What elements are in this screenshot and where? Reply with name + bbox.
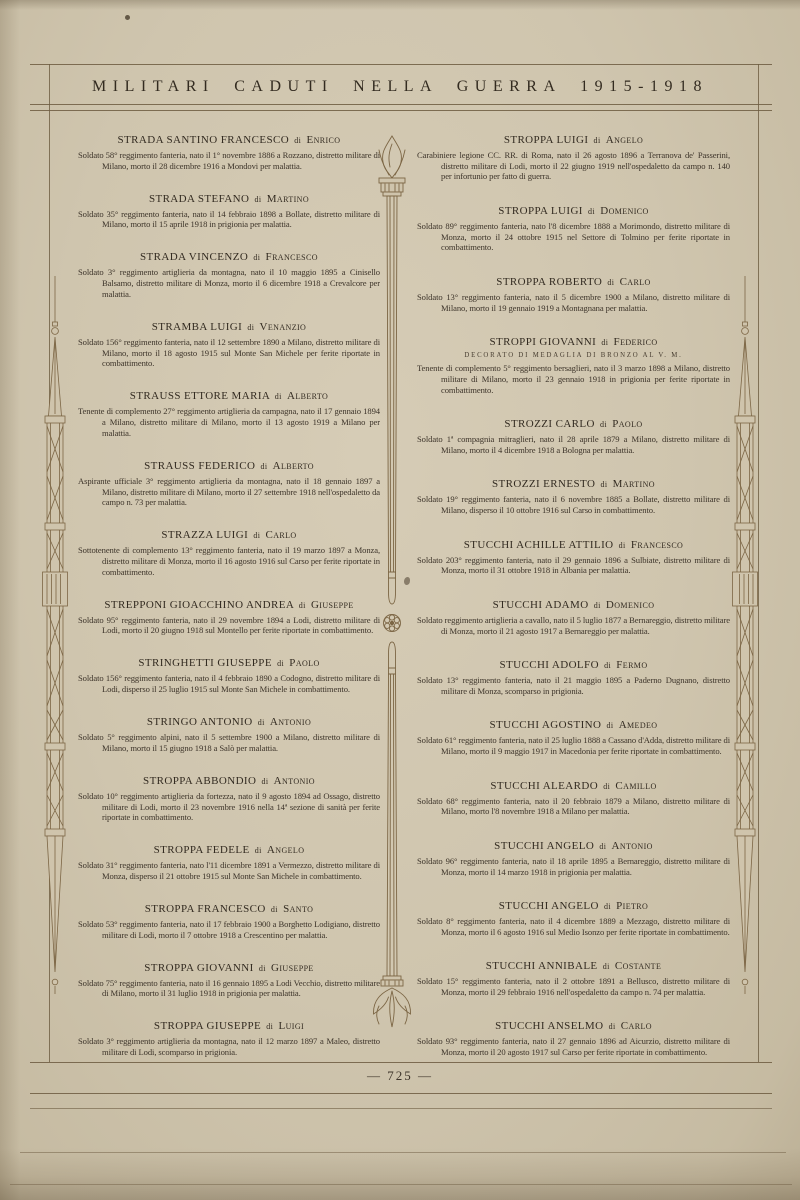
father-name: Domenico — [600, 205, 648, 217]
father-name: Costante — [615, 960, 661, 972]
soldier-name-heading: STUCCHI ADOLFO di Fermo — [417, 659, 730, 671]
soldier-record: Soldato 3° reggimento artiglieria da mon… — [78, 267, 380, 299]
frame-rule-top — [30, 64, 772, 65]
soldier-name: STUCCHI ANGELO — [494, 840, 594, 852]
soldier-entry: STRADA STEFANO di Martino Soldato 35° re… — [78, 193, 380, 230]
father-name: Paolo — [289, 657, 319, 669]
father-name: Angelo — [606, 134, 643, 146]
soldier-name: STRAUSS ETTORE MARIA — [130, 390, 270, 402]
soldier-entry: STRADA VINCENZO di Francesco Soldato 3° … — [78, 251, 380, 299]
soldier-name-heading: STROZZI CARLO di Paolo — [417, 418, 730, 430]
soldier-name-heading: STUCCHI ACHILLE ATTILIO di Francesco — [417, 539, 730, 551]
soldier-name: STROPPI GIOVANNI — [489, 336, 596, 348]
soldier-name-heading: STRAUSS FEDERICO di Alberto — [78, 460, 380, 472]
connector-di: di — [259, 964, 266, 973]
soldier-name-heading: STUCCHI ADAMO di Domenico — [417, 599, 730, 611]
connector-di: di — [607, 721, 614, 730]
connector-di: di — [594, 601, 601, 610]
father-name: Alberto — [273, 460, 314, 472]
father-name: Enrico — [306, 134, 340, 146]
soldier-name: STRADA VINCENZO — [140, 251, 248, 263]
father-name: Antonio — [274, 775, 315, 787]
soldier-record: Soldato 8° reggimento fanteria, nato il … — [417, 916, 730, 937]
connector-di: di — [619, 541, 626, 550]
soldier-entry: STUCCHI ADAMO di Domenico Soldato reggim… — [417, 599, 730, 636]
soldier-entry: STROPPA FEDELE di Angelo Soldato 31° reg… — [78, 844, 380, 881]
soldier-name: STUCCHI ADAMO — [493, 599, 589, 611]
father-name: Antonio — [270, 716, 311, 728]
soldier-record: Tenente di complemento 27° reggimento ar… — [78, 406, 380, 438]
footer-rule-bottom — [30, 1093, 772, 1094]
soldier-name-heading: STROPPA LUIGI di Angelo — [417, 134, 730, 146]
soldier-name-heading: STROPPA GIUSEPPE di Luigi — [78, 1020, 380, 1032]
soldier-name: STROZZI CARLO — [504, 418, 594, 430]
soldier-record: Soldato reggimento artiglieria a cavallo… — [417, 615, 730, 636]
soldier-record: Soldato 5° reggimento alpini, nato il 5 … — [78, 732, 380, 753]
connector-di: di — [266, 1022, 273, 1031]
soldier-record: Soldato 3° reggimento artiglieria da mon… — [78, 1036, 380, 1057]
soldier-entry: STUCCHI ANGELO di Antonio Soldato 96° re… — [417, 840, 730, 877]
soldier-name-heading: STROZZI ERNESTO di Martino — [417, 478, 730, 490]
father-name: Paolo — [612, 418, 642, 430]
father-name: Angelo — [267, 844, 304, 856]
soldier-name: STROZZI ERNESTO — [492, 478, 595, 490]
soldier-record: Soldato 53° reggimento fanteria, nato il… — [78, 919, 380, 940]
soldier-entry: STRINGHETTI GIUSEPPE di Paolo Soldato 15… — [78, 657, 380, 694]
soldier-name-heading: STROPPA FRANCESCO di Santo — [78, 903, 380, 915]
soldier-record: Soldato 75° reggimento fanteria, nato il… — [78, 978, 380, 999]
soldier-name-heading: STREPPONI GIOACCHINO ANDREA di Giuseppe — [78, 599, 380, 611]
soldier-entry: STUCCHI ACHILLE ATTILIO di Francesco Sol… — [417, 539, 730, 576]
father-name: Luigi — [278, 1020, 304, 1032]
father-name: Francesco — [266, 251, 318, 263]
soldier-name: STUCCHI ADOLFO — [500, 659, 599, 671]
soldier-entry: STROPPI GIOVANNI di Federico DECORATO DI… — [417, 336, 730, 395]
soldier-name-heading: STUCCHI ANSELMO di Carlo — [417, 1020, 730, 1032]
father-name: Venanzio — [260, 321, 307, 333]
connector-di: di — [253, 253, 260, 262]
soldier-name-heading: STROPPA LUIGI di Domenico — [417, 205, 730, 217]
connector-di: di — [607, 278, 614, 287]
soldier-record: Soldato 89° reggimento fanteria, nato l'… — [417, 221, 730, 253]
father-name: Federico — [614, 336, 658, 348]
soldier-entry: STRAZZA LUIGI di Carlo Sottotenente di c… — [78, 529, 380, 577]
connector-di: di — [609, 1022, 616, 1031]
connector-di: di — [275, 392, 282, 401]
soldier-record: Soldato 68° reggimento fanteria, nato il… — [417, 796, 730, 817]
soldier-entry: STUCCHI ADOLFO di Fermo Soldato 13° regg… — [417, 659, 730, 696]
soldier-name: STRAMBA LUIGI — [152, 321, 242, 333]
connector-di: di — [594, 136, 601, 145]
connector-di: di — [603, 782, 610, 791]
connector-di: di — [294, 136, 301, 145]
honor-line: DECORATO DI MEDAGLIA DI BRONZO AL V. M. — [417, 352, 730, 359]
father-name: Carlo — [621, 1020, 652, 1032]
soldier-entry: STREPPONI GIOACCHINO ANDREA di Giuseppe … — [78, 599, 380, 636]
soldier-entry: STUCCHI ANSELMO di Carlo Soldato 93° reg… — [417, 1020, 730, 1057]
father-name: Alberto — [287, 390, 328, 402]
soldier-name: STRADA STEFANO — [149, 193, 249, 205]
soldier-entry: STROZZI CARLO di Paolo Soldato 1ª compag… — [417, 418, 730, 455]
soldier-entry: STROPPA LUIGI di Angelo Carabiniere legi… — [417, 134, 730, 182]
soldier-record: Soldato 13° reggimento fanteria, nato il… — [417, 292, 730, 313]
connector-di: di — [261, 777, 268, 786]
father-name: Amedeo — [619, 719, 658, 731]
connector-di: di — [604, 661, 611, 670]
soldier-record: Carabiniere legione CC. RR. di Roma, nat… — [417, 150, 730, 182]
soldier-record: Soldato 1ª compagnia mitraglieri, nato i… — [417, 434, 730, 455]
connector-di: di — [253, 531, 260, 540]
connector-di: di — [600, 420, 607, 429]
soldier-entry: STUCCHI ANNIBALE di Costante Soldato 15°… — [417, 960, 730, 997]
scan-shadow-bottom — [0, 1148, 800, 1200]
soldier-name: STRAZZA LUIGI — [161, 529, 248, 541]
soldier-entry: STUCCHI ALEARDO di Camillo Soldato 68° r… — [417, 780, 730, 817]
father-name: Santo — [283, 903, 313, 915]
soldier-entry: STROZZI ERNESTO di Martino Soldato 19° r… — [417, 478, 730, 515]
soldier-entry: STROPPA LUIGI di Domenico Soldato 89° re… — [417, 205, 730, 253]
soldier-name: STUCCHI ANNIBALE — [486, 960, 598, 972]
soldier-name: STROPPA GIUSEPPE — [154, 1020, 261, 1032]
soldier-name-heading: STUCCHI ANNIBALE di Costante — [417, 960, 730, 972]
father-name: Antonio — [612, 840, 653, 852]
soldier-name: STUCCHI ALEARDO — [490, 780, 598, 792]
soldier-entry: STRADA SANTINO FRANCESCO di Enrico Solda… — [78, 134, 380, 171]
soldier-record: Soldato 31° reggimento fanteria, nato l'… — [78, 860, 380, 881]
connector-di: di — [604, 902, 611, 911]
flame-icon — [379, 136, 405, 178]
page-number: — 725 — — [0, 1068, 800, 1084]
lattice-pole-left-icon — [41, 276, 69, 1006]
soldier-name: STROPPA GIOVANNI — [144, 962, 253, 974]
father-name: Camillo — [615, 780, 656, 792]
soldier-name-heading: STROPPA ROBERTO di Carlo — [417, 276, 730, 288]
soldier-name-heading: STUCCHI ANGELO di Antonio — [417, 840, 730, 852]
soldier-entry: STRAUSS ETTORE MARIA di Alberto Tenente … — [78, 390, 380, 438]
soldier-name: STROPPA FRANCESCO — [145, 903, 266, 915]
soldier-entry: STRAUSS FEDERICO di Alberto Aspirante uf… — [78, 460, 380, 508]
soldier-name-heading: STRINGO ANTONIO di Antonio — [78, 716, 380, 728]
soldier-name-heading: STROPPA FEDELE di Angelo — [78, 844, 380, 856]
soldier-entry: STROPPA ABBONDIO di Antonio Soldato 10° … — [78, 775, 380, 823]
soldier-record: Soldato 96° reggimento fanteria, nato il… — [417, 856, 730, 877]
connector-di: di — [260, 462, 267, 471]
soldier-record: Soldato 19° reggimento fanteria, nato il… — [417, 494, 730, 515]
soldier-name-heading: STRINGHETTI GIUSEPPE di Paolo — [78, 657, 380, 669]
connector-di: di — [255, 846, 262, 855]
connector-di: di — [601, 338, 608, 347]
soldier-record: Soldato 10° reggimento artiglieria da fo… — [78, 791, 380, 823]
connector-di: di — [255, 195, 262, 204]
soldier-record: Soldato 95° reggimento fanteria, nato il… — [78, 615, 380, 636]
father-name: Martino — [613, 478, 655, 490]
soldier-record: Aspirante ufficiale 3° reggimento artigl… — [78, 476, 380, 508]
soldier-name: STUCCHI ANGELO — [499, 900, 599, 912]
soldier-name: STRINGHETTI GIUSEPPE — [138, 657, 272, 669]
footer-rule-top — [30, 1062, 772, 1063]
scan-shadow-left — [0, 0, 20, 1200]
scan-shadow-top — [0, 0, 800, 10]
soldier-record: Soldato 203° reggimento fanteria, nato i… — [417, 555, 730, 576]
father-name: Pietro — [616, 900, 648, 912]
connector-di: di — [277, 659, 284, 668]
soldier-record: Soldato 61° reggimento fanteria, nato il… — [417, 735, 730, 756]
soldier-entry: STROPPA ROBERTO di Carlo Soldato 13° reg… — [417, 276, 730, 313]
soldier-name-heading: STRAMBA LUIGI di Venanzio — [78, 321, 380, 333]
soldier-entry: STUCCHI AGOSTINO di Amedeo Soldato 61° r… — [417, 719, 730, 756]
scan-speck — [125, 15, 130, 20]
father-name: Carlo — [620, 276, 651, 288]
soldier-name: STRAUSS FEDERICO — [144, 460, 255, 472]
soldier-name-heading: STRADA STEFANO di Martino — [78, 193, 380, 205]
page-title: MILITARI CADUTI NELLA GUERRA 1915-1918 — [0, 78, 800, 96]
soldier-name: STRINGO ANTONIO — [147, 716, 253, 728]
soldier-record: Soldato 93° reggimento fanteria, nato il… — [417, 1036, 730, 1057]
connector-di: di — [588, 207, 595, 216]
soldier-entry: STRAMBA LUIGI di Venanzio Soldato 156° r… — [78, 321, 380, 369]
soldier-name: STROPPA LUIGI — [498, 205, 583, 217]
soldier-record: Soldato 156° reggimento fanteria, nato i… — [78, 337, 380, 369]
father-name: Giuseppe — [271, 962, 314, 974]
soldier-name-heading: STROPPA GIOVANNI di Giuseppe — [78, 962, 380, 974]
soldier-record: Soldato 13° reggimento fanteria, nato il… — [417, 675, 730, 696]
soldier-entry: STUCCHI ANGELO di Pietro Soldato 8° regg… — [417, 900, 730, 937]
soldier-entry: STROPPA FRANCESCO di Santo Soldato 53° r… — [78, 903, 380, 940]
connector-di: di — [258, 718, 265, 727]
connector-di: di — [603, 962, 610, 971]
soldier-entry: STROPPA GIUSEPPE di Luigi Soldato 3° reg… — [78, 1020, 380, 1057]
rosette-icon — [384, 615, 401, 632]
torch-column-divider-icon — [370, 134, 414, 1036]
soldier-record: Tenente di complemento 5° reggimento ber… — [417, 363, 730, 395]
soldier-record: Soldato 35° reggimento fanteria, nato il… — [78, 209, 380, 230]
soldier-record: Sottotenente di complemento 13° reggimen… — [78, 545, 380, 577]
soldier-name-heading: STUCCHI ALEARDO di Camillo — [417, 780, 730, 792]
column-right: STROPPA LUIGI di Angelo Carabiniere legi… — [417, 134, 730, 1058]
frame-rule-under-title-2 — [30, 110, 772, 111]
father-name: Carlo — [266, 529, 297, 541]
soldier-name-heading: STRADA SANTINO FRANCESCO di Enrico — [78, 134, 380, 146]
soldier-name: STUCCHI AGOSTINO — [490, 719, 602, 731]
soldier-name: STREPPONI GIOACCHINO ANDREA — [104, 599, 293, 611]
soldier-name: STROPPA ABBONDIO — [143, 775, 256, 787]
father-name: Giuseppe — [311, 599, 354, 611]
soldier-name: STROPPA LUIGI — [504, 134, 589, 146]
frame-rule-under-title-1 — [30, 104, 772, 105]
father-name: Fermo — [616, 659, 647, 671]
soldier-name-heading: STROPPI GIOVANNI di Federico — [417, 336, 730, 348]
soldier-record: Soldato 58° reggimento fanteria, nato il… — [78, 150, 380, 171]
column-left: STRADA SANTINO FRANCESCO di Enrico Solda… — [78, 134, 380, 1058]
father-name: Domenico — [606, 599, 654, 611]
soldier-record: Soldato 15° reggimento fanteria, nato il… — [417, 976, 730, 997]
father-name: Martino — [267, 193, 309, 205]
lattice-pole-right-icon — [731, 276, 759, 1006]
soldier-entry: STROPPA GIOVANNI di Giuseppe Soldato 75°… — [78, 962, 380, 999]
soldier-name-heading: STUCCHI AGOSTINO di Amedeo — [417, 719, 730, 731]
father-name: Francesco — [631, 539, 683, 551]
soldier-name: STROPPA FEDELE — [154, 844, 250, 856]
connector-di: di — [271, 905, 278, 914]
soldier-name: STUCCHI ACHILLE ATTILIO — [464, 539, 614, 551]
soldier-name-heading: STRAZZA LUIGI di Carlo — [78, 529, 380, 541]
soldier-record: Soldato 156° reggimento fanteria, nato i… — [78, 673, 380, 694]
connector-di: di — [299, 601, 306, 610]
connector-di: di — [600, 480, 607, 489]
soldier-name-heading: STUCCHI ANGELO di Pietro — [417, 900, 730, 912]
footer-rule-outer — [30, 1108, 772, 1109]
soldier-name: STUCCHI ANSELMO — [495, 1020, 603, 1032]
soldier-name-heading: STROPPA ABBONDIO di Antonio — [78, 775, 380, 787]
soldier-entry: STRINGO ANTONIO di Antonio Soldato 5° re… — [78, 716, 380, 753]
soldier-name-heading: STRADA VINCENZO di Francesco — [78, 251, 380, 263]
soldier-name-heading: STRAUSS ETTORE MARIA di Alberto — [78, 390, 380, 402]
soldier-name: STRADA SANTINO FRANCESCO — [118, 134, 290, 146]
connector-di: di — [247, 323, 254, 332]
soldier-name: STROPPA ROBERTO — [496, 276, 602, 288]
connector-di: di — [599, 842, 606, 851]
